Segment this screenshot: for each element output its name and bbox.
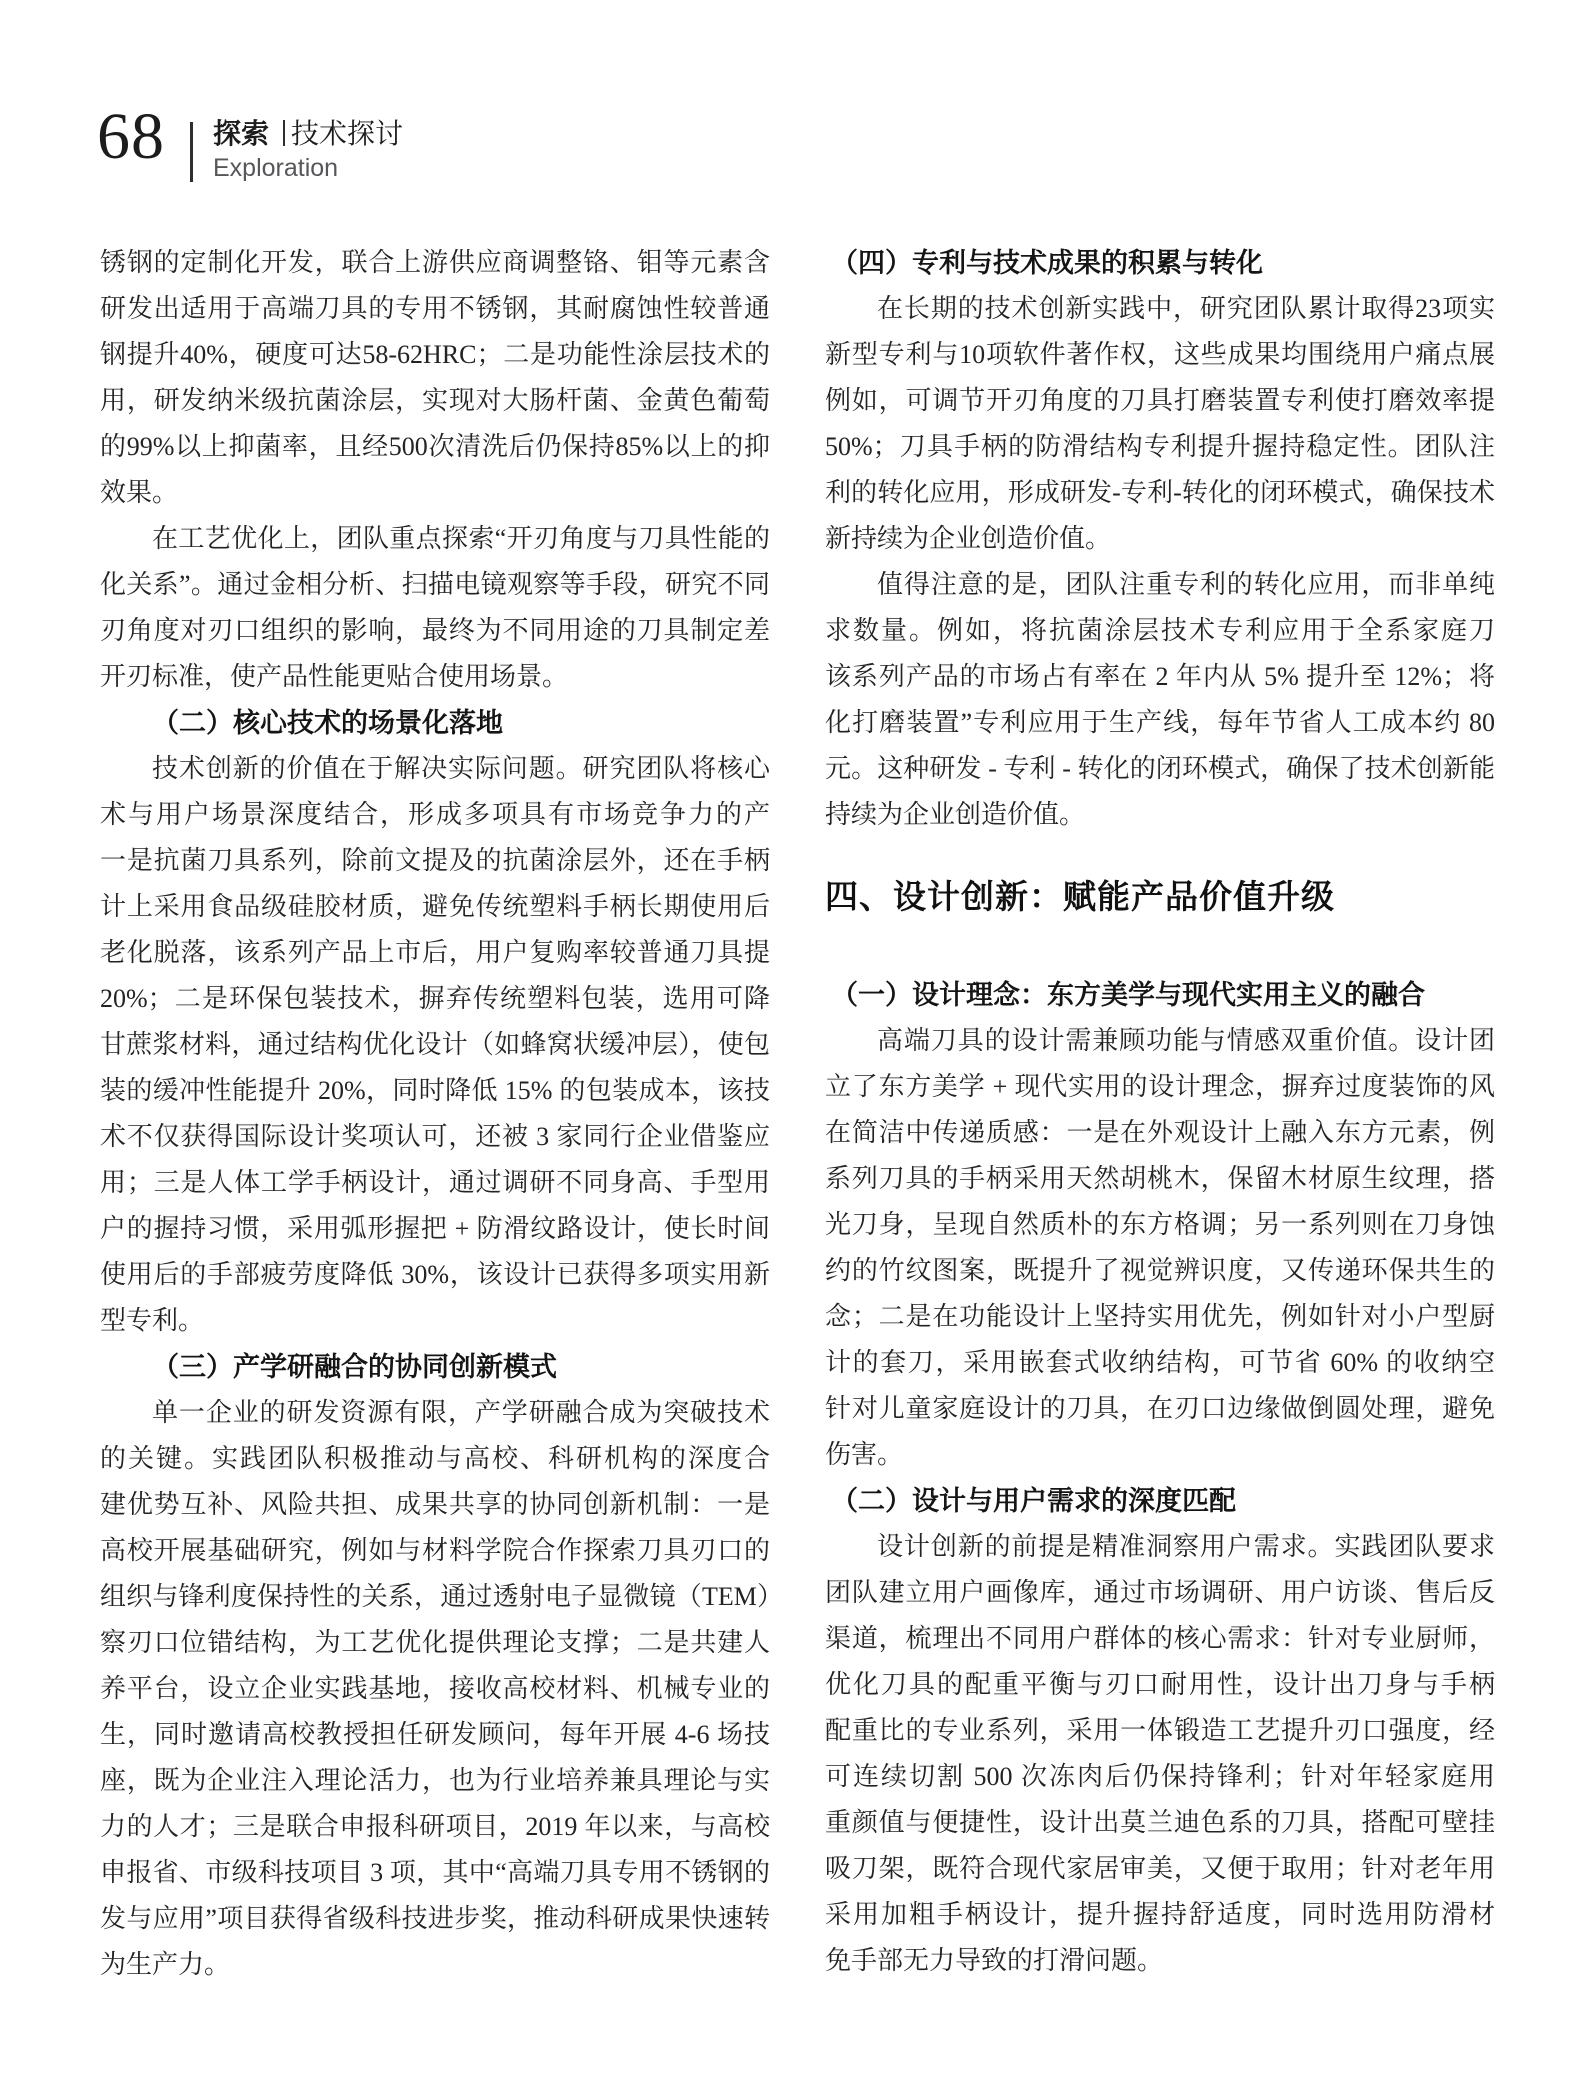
- text-line: 化打磨装置”专利应用于生产线，每年节省人工成本约 80 万: [825, 700, 1495, 746]
- text-line: 值得注意的是，团队注重专利的转化应用，而非单纯追: [825, 562, 1495, 608]
- text-line: 50%；刀具手柄的防滑结构专利提升握持稳定性。团队注重专: [825, 424, 1495, 470]
- text-line: 新型专利与10项软件著作权，这些成果均围绕用户痛点展开。: [825, 332, 1495, 378]
- text-line: 优化刀具的配重平衡与刃口耐用性，设计出刀身与手柄 1:1.2: [825, 1662, 1495, 1708]
- text-line: 座，既为企业注入理论活力，也为行业培养兼具理论与实践能: [100, 1758, 770, 1804]
- column-title-cn: 技术探讨: [291, 118, 403, 149]
- text-line: 元。这种研发 - 专利 - 转化的闭环模式，确保了技术创新能够: [825, 746, 1495, 792]
- text-line: 的99%以上抑菌率，且经500次清洗后仍保持85%以上的抑菌: [100, 424, 770, 470]
- text-line: 发与应用”项目获得省级科技进步奖，推动科研成果快速转化: [100, 1896, 770, 1942]
- text-line: 计的套刀，采用嵌套式收纳结构，可节省 60% 的收纳空间；: [825, 1340, 1495, 1386]
- page-header: 68 探索技术探讨 Exploration: [0, 0, 1595, 200]
- right-column: （四）专利与技术成果的积累与转化在长期的技术创新实践中，研究团队累计取得23项实…: [825, 240, 1495, 1984]
- text-line: 20%；二是环保包装技术，摒弃传统塑料包装，选用可降解: [100, 976, 770, 1022]
- text-line: 老化脱落，该系列产品上市后，用户复购率较普通刀具提升: [100, 930, 770, 976]
- text-line: 的关键。实践团队积极推动与高校、科研机构的深度合作，构: [100, 1436, 770, 1482]
- text-line: 锈钢的定制化开发，联合上游供应商调整铬、钼等元素含量，: [100, 240, 770, 286]
- sub-heading: （二）核心技术的场景化落地: [100, 700, 770, 746]
- left-column: 锈钢的定制化开发，联合上游供应商调整铬、钼等元素含量，研发出适用于高端刀具的专用…: [100, 240, 770, 1988]
- sub-heading: （一）设计理念：东方美学与现代实用主义的融合: [825, 972, 1495, 1018]
- text-line: 技术创新的价值在于解决实际问题。研究团队将核心技: [100, 746, 770, 792]
- text-line: 甘蔗浆材料，通过结构优化设计（如蜂窝状缓冲层），使包: [100, 1022, 770, 1068]
- text-line: 设计创新的前提是精准洞察用户需求。实践团队要求设计: [825, 1524, 1495, 1570]
- text-line: 免手部无力导致的打滑问题。: [825, 1938, 1495, 1984]
- text-line: 组织与锋利度保持性的关系，通过透射电子显微镜（TEM）观: [100, 1574, 770, 1620]
- text-line: 持续为企业创造价值。: [825, 792, 1495, 838]
- text-line: 系列刀具的手柄采用天然胡桃木，保留木材原生纹理，搭配哑: [825, 1156, 1495, 1202]
- text-line: 配重比的专业系列，采用一体锻造工艺提升刃口强度，经实测: [825, 1708, 1495, 1754]
- text-line: 研发出适用于高端刀具的专用不锈钢，其耐腐蚀性较普通不锈: [100, 286, 770, 332]
- text-line: 用，研发纳米级抗菌涂层，实现对大肠杆菌、金黄色葡萄球菌: [100, 378, 770, 424]
- text-line: 渠道，梳理出不同用户群体的核心需求：针对专业厨师，重点: [825, 1616, 1495, 1662]
- text-line: 光刀身，呈现自然质朴的东方格调；另一系列则在刀身蚀刻简: [825, 1202, 1495, 1248]
- text-line: 新持续为企业创造价值。: [825, 516, 1495, 562]
- text-line: 单一企业的研发资源有限，产学研融合成为突破技术瓶颈: [100, 1390, 770, 1436]
- text-line: 吸刀架，既符合现代家居审美，又便于取用；针对老年用户，: [825, 1846, 1495, 1892]
- text-line: 力的人才；三是联合申报科研项目，2019 年以来，与高校合作: [100, 1804, 770, 1850]
- text-line: 用；三是人体工学手柄设计，通过调研不同身高、手型用: [100, 1160, 770, 1206]
- sub-heading: （二）设计与用户需求的深度匹配: [825, 1478, 1495, 1524]
- text-line: 术不仅获得国际设计奖项认可，还被 3 家同行企业借鉴应: [100, 1114, 770, 1160]
- text-line: 刃角度对刃口组织的影响，最终为不同用途的刀具制定差异化: [100, 608, 770, 654]
- text-line: 采用加粗手柄设计，提升握持舒适度，同时选用防滑材质，避: [825, 1892, 1495, 1938]
- text-line: 钢提升40%，硬度可达58-62HRC；二是功能性涂层技术的应: [100, 332, 770, 378]
- text-line: 使用后的手部疲劳度降低 30%，该设计已获得多项实用新: [100, 1252, 770, 1298]
- text-line: 约的竹纹图案，既提升了视觉辨识度，又传递环保共生的理: [825, 1248, 1495, 1294]
- text-line: 该系列产品的市场占有率在 2 年内从 5% 提升至 12%；将自动: [825, 654, 1495, 700]
- sub-heading: （四）专利与技术成果的积累与转化: [825, 240, 1495, 286]
- text-line: 申报省、市级科技项目 3 项，其中“高端刀具专用不锈钢的研: [100, 1850, 770, 1896]
- text-line: 建优势互补、风险共担、成果共享的协同创新机制：一是联合: [100, 1482, 770, 1528]
- text-line: 伤害。: [825, 1432, 1495, 1478]
- text-line: 为生产力。: [100, 1942, 770, 1988]
- text-line: 化关系”。通过金相分析、扫描电镜观察等手段，研究不同开: [100, 562, 770, 608]
- page-number: 68: [97, 104, 165, 170]
- text-line: 例如，可调节开刃角度的刀具打磨装置专利使打磨效率提升: [825, 378, 1495, 424]
- magazine-page: 68 探索技术探讨 Exploration 锈钢的定制化开发，联合上游供应商调整…: [0, 0, 1595, 2086]
- text-line: 装的缓冲性能提升 20%，同时降低 15% 的包装成本，该技: [100, 1068, 770, 1114]
- text-line: 生，同时邀请高校教授担任研发顾问，每年开展 4-6 场技术讲: [100, 1712, 770, 1758]
- text-line: 户的握持习惯，采用弧形握把 + 防滑纹路设计，使长时间: [100, 1206, 770, 1252]
- section-title-en: Exploration: [213, 153, 403, 183]
- text-line: 重颜值与便捷性，设计出莫兰迪色系的刀具，搭配可壁挂的磁: [825, 1800, 1495, 1846]
- text-line: 求数量。例如，将抗菌涂层技术专利应用于全系家庭刀具，使: [825, 608, 1495, 654]
- text-line: 察刃口位错结构，为工艺优化提供理论支撑；二是共建人才培: [100, 1620, 770, 1666]
- text-line: 开刃标准，使产品性能更贴合使用场景。: [100, 654, 770, 700]
- text-line: 可连续切割 500 次冻肉后仍保持锋利；针对年轻家庭用户，注: [825, 1754, 1495, 1800]
- text-line: 养平台，设立企业实践基地，接收高校材料、机械专业的实习: [100, 1666, 770, 1712]
- text-line: 团队建立用户画像库，通过市场调研、用户访谈、售后反馈等: [825, 1570, 1495, 1616]
- text-line: 念；二是在功能设计上坚持实用优先，例如针对小户型厨房设: [825, 1294, 1495, 1340]
- text-line: 在工艺优化上，团队重点探索“开刃角度与刀具性能的量: [100, 516, 770, 562]
- text-line: 一是抗菌刀具系列，除前文提及的抗菌涂层外，还在手柄设: [100, 838, 770, 884]
- section-separator-bar: [283, 120, 285, 146]
- text-line: 立了东方美学 + 现代实用的设计理念，摒弃过度装饰的风格，: [825, 1064, 1495, 1110]
- text-line: 效果。: [100, 470, 770, 516]
- header-titles: 探索技术探讨 Exploration: [213, 118, 403, 183]
- section-heading: 四、设计创新：赋能产品价值升级: [825, 872, 1495, 922]
- header-divider-rule: [190, 122, 193, 182]
- text-line: 在简洁中传递质感：一是在外观设计上融入东方元素，例如某: [825, 1110, 1495, 1156]
- sub-heading: （三）产学研融合的协同创新模式: [100, 1344, 770, 1390]
- text-line: 利的转化应用，形成研发-专利-转化的闭环模式，确保技术创: [825, 470, 1495, 516]
- text-line: 型专利。: [100, 1298, 770, 1344]
- text-line: 在长期的技术创新实践中，研究团队累计取得23项实用: [825, 286, 1495, 332]
- text-line: 计上采用食品级硅胶材质，避免传统塑料手柄长期使用后的: [100, 884, 770, 930]
- text-line: 高校开展基础研究，例如与材料学院合作探索刀具刃口的微观: [100, 1528, 770, 1574]
- section-title-cn: 探索: [213, 118, 269, 149]
- text-line: 针对儿童家庭设计的刀具，在刃口边缘做倒圆处理，避免误触: [825, 1386, 1495, 1432]
- text-line: 高端刀具的设计需兼顾功能与情感双重价值。设计团队确: [825, 1018, 1495, 1064]
- text-line: 术与用户场景深度结合，形成多项具有市场竞争力的产品：: [100, 792, 770, 838]
- section-title-cn-line: 探索技术探讨: [213, 118, 403, 150]
